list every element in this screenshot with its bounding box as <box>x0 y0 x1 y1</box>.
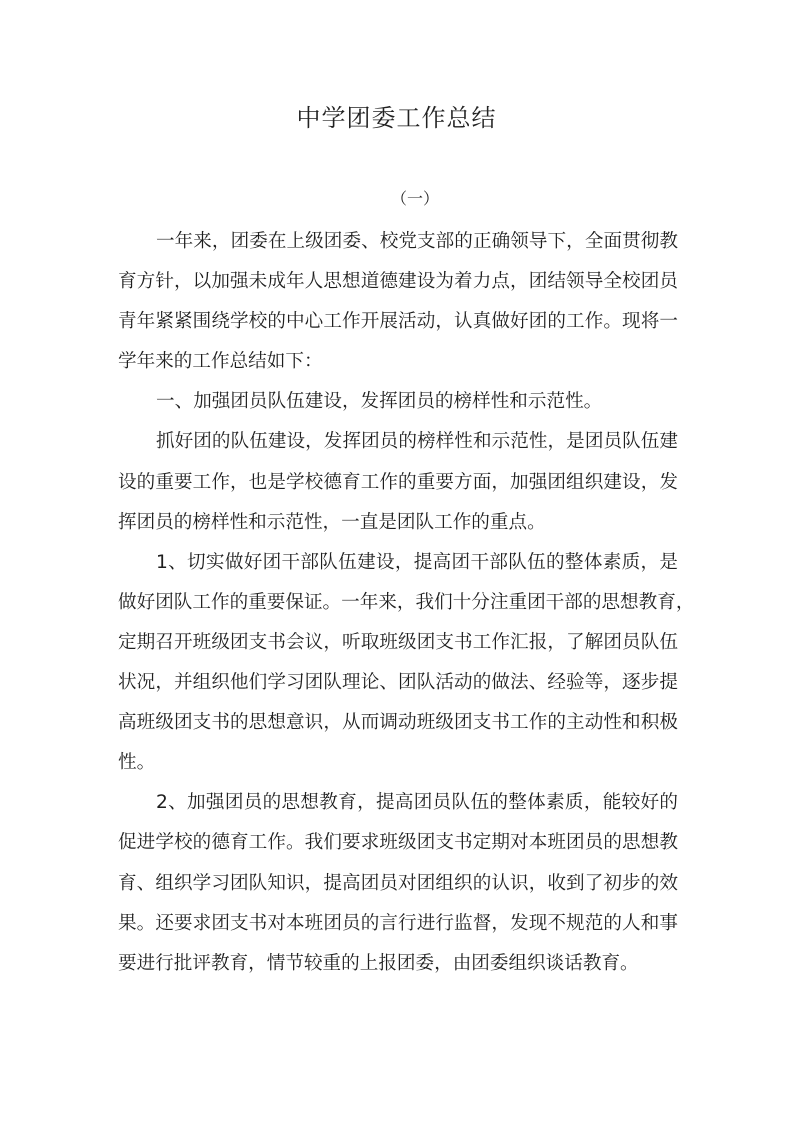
text-line: 一年来，团委在上级团委、校党支部的正确领导下，全面贯彻教 <box>118 225 678 265</box>
text-line: 育方针，以加强未成年人思想道德建设为着力点，团结领导全校团员 <box>118 265 678 305</box>
text-line: 定期召开班级团支书会议，听取班级团支书工作汇报，了解团员队伍 <box>118 626 678 666</box>
text-line: 青年紧紧围绕学校的中心工作开展活动，认真做好团的工作。现将一 <box>118 305 678 345</box>
document-title: 中学团委工作总结 <box>0 102 793 134</box>
text-line: 性。 <box>118 746 678 786</box>
list-item-line: 1、切实做好团干部队伍建设，提高团干部队伍的整体素质，是 <box>118 546 678 586</box>
text-line: 要进行批评教育，情节较重的上报团委，由团委组织谈话教育。 <box>118 947 678 987</box>
text-line: 抓好团的队伍建设，发挥团员的榜样性和示范性，是团员队伍建 <box>118 425 678 465</box>
text-line: 促进学校的德育工作。我们要求班级团支书定期对本班团员的思想教 <box>118 826 678 866</box>
text-line: 设的重要工作，也是学校德育工作的重要方面，加强团组织建设，发 <box>118 466 678 506</box>
text-line: 育、组织学习团队知识，提高团员对团组织的认识，收到了初步的效 <box>118 867 678 907</box>
text-line: 高班级团支书的思想意识，从而调动班级团支书工作的主动性和积极 <box>118 706 678 746</box>
text-line: 学年来的工作总结如下： <box>118 345 678 385</box>
text-line: 果。还要求团支书对本班团员的言行进行监督，发现不规范的人和事 <box>118 907 678 947</box>
document-body: 一年来，团委在上级团委、校党支部的正确领导下，全面贯彻教 育方针，以加强未成年人… <box>118 225 678 987</box>
section-heading: 一、加强团员队伍建设，发挥团员的榜样性和示范性。 <box>118 385 678 425</box>
text-line: 状况，并组织他们学习团队理论、团队活动的做法、经验等，逐步提 <box>118 666 678 706</box>
text-line: 做好团队工作的重要保证。一年来，我们十分注重团干部的思想教育， <box>118 586 678 626</box>
text-line: 挥团员的榜样性和示范性，一直是团队工作的重点。 <box>118 506 678 546</box>
document-page: 中学团委工作总结 （一） 一年来，团委在上级团委、校党支部的正确领导下，全面贯彻… <box>0 0 793 1122</box>
list-item-line: 2、加强团员的思想教育，提高团员队伍的整体素质，能较好的 <box>118 786 678 826</box>
section-label: （一） <box>0 188 793 210</box>
